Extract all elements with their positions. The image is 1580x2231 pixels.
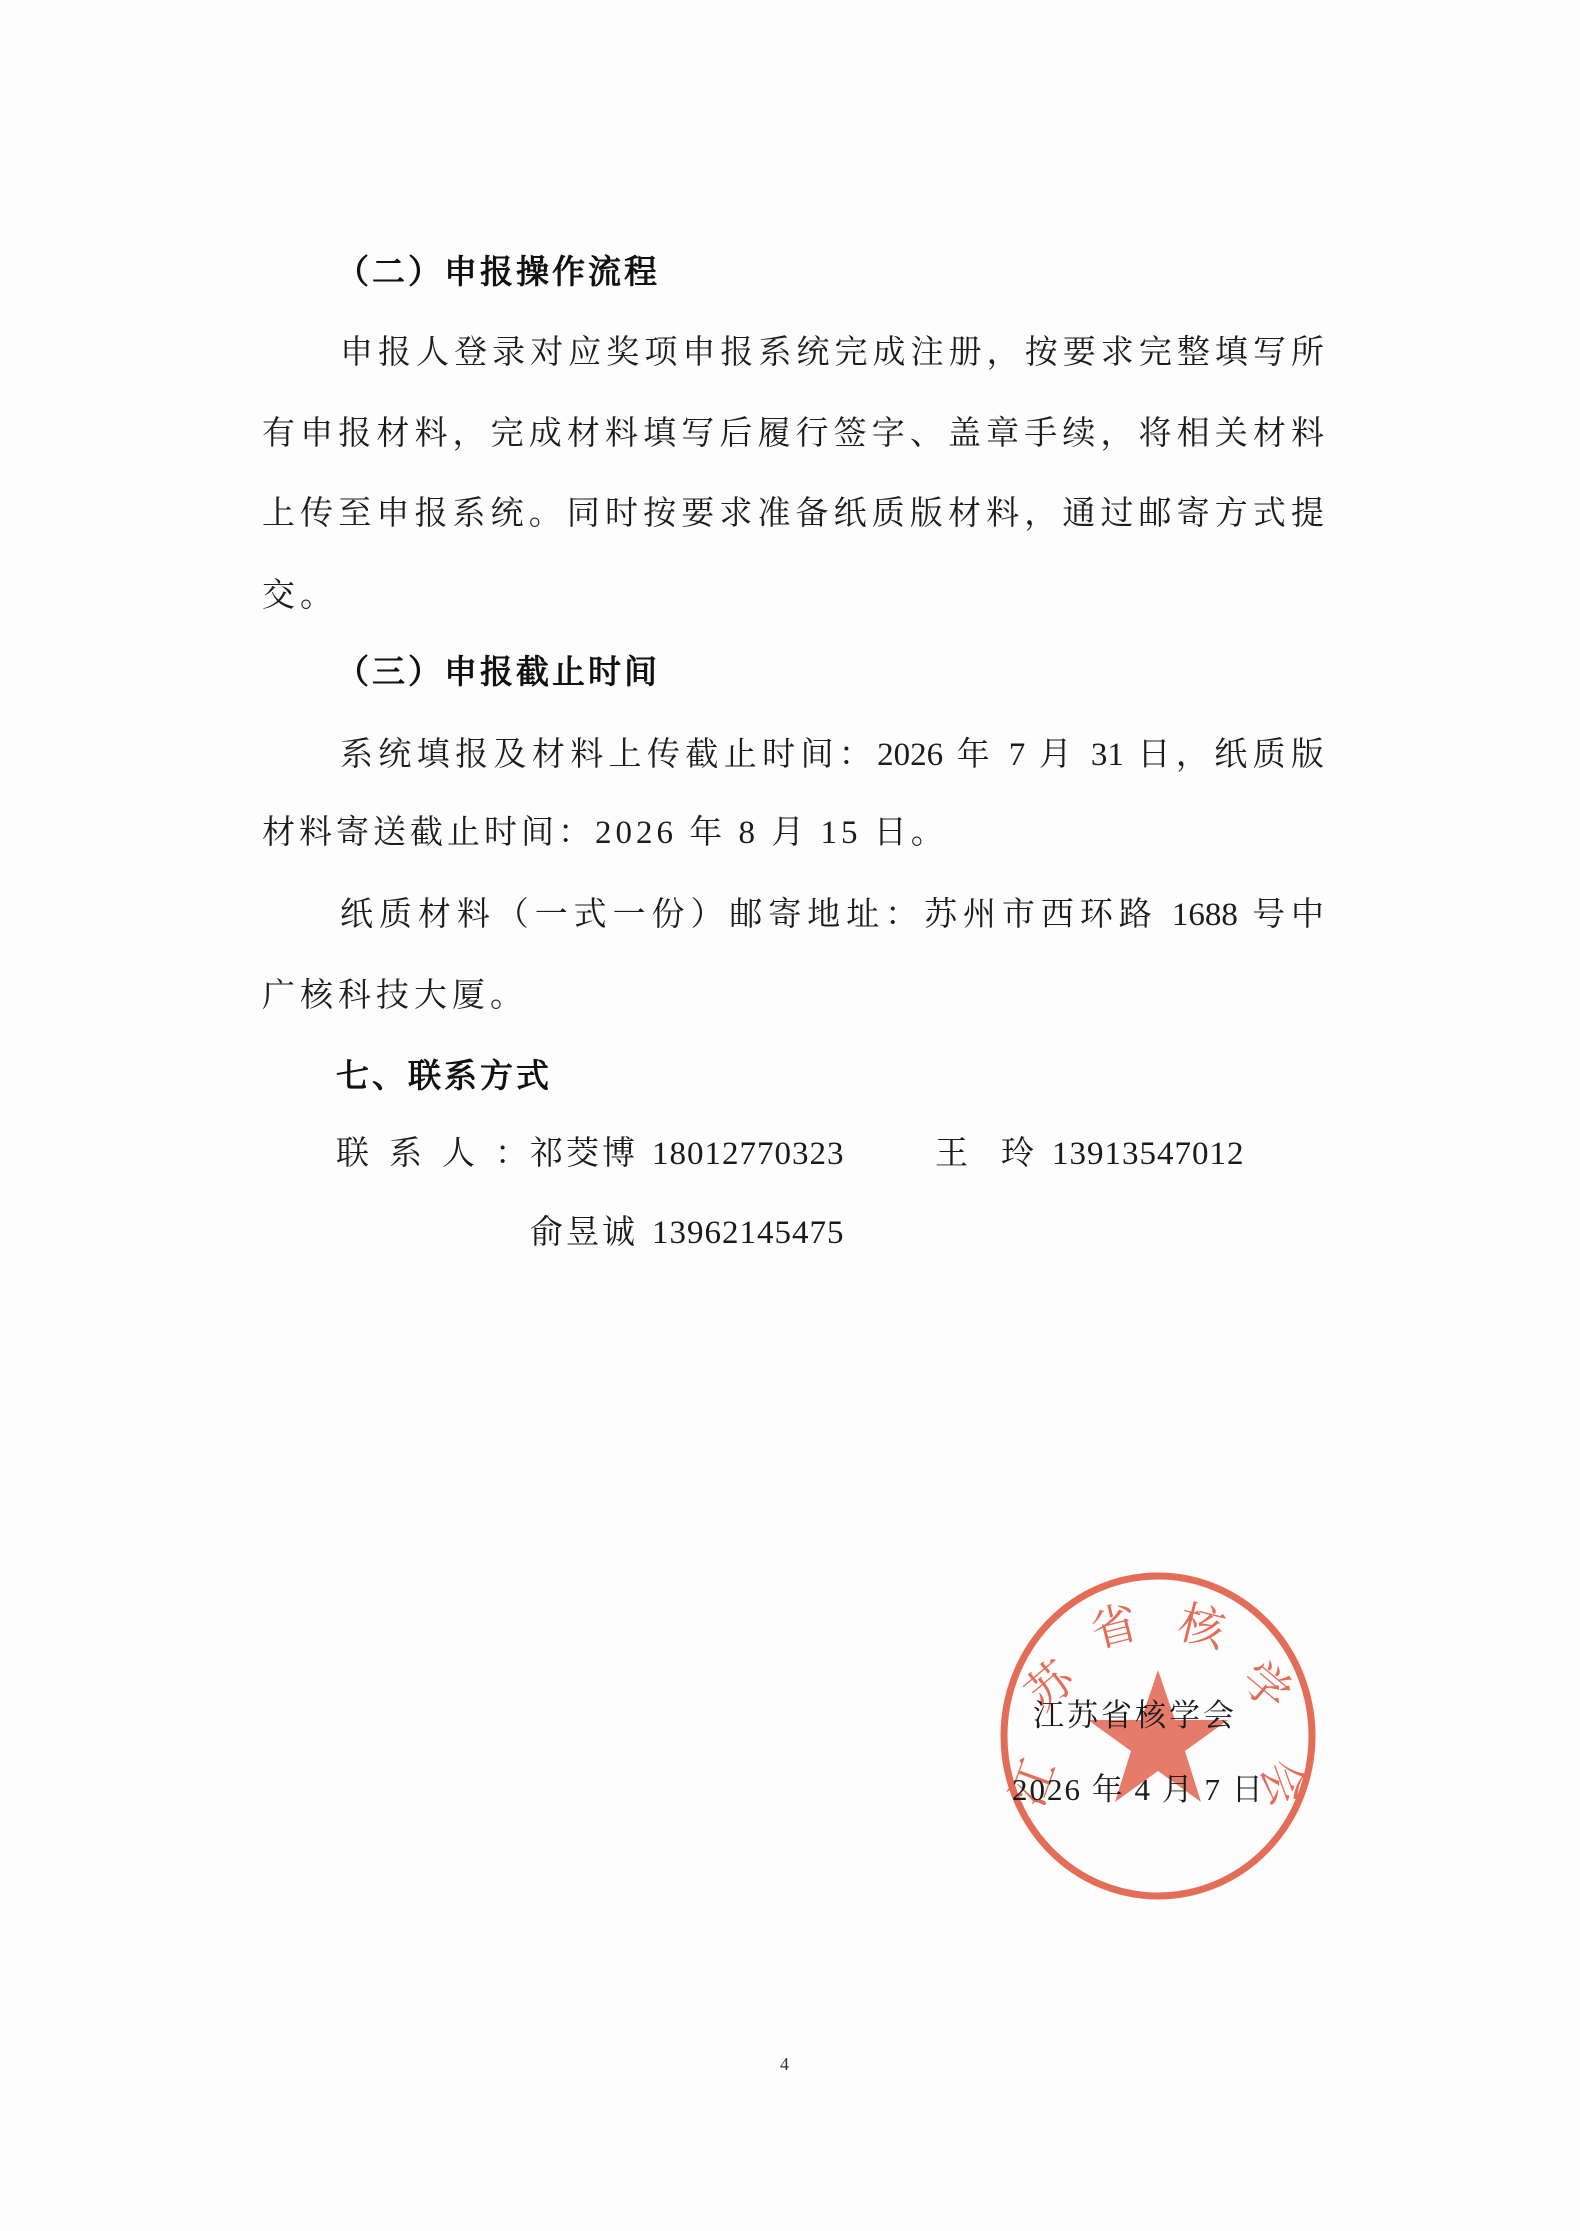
contact-phone: 18012770323 xyxy=(652,1136,845,1172)
paragraph-line: 材料寄送截止时间：2026 年 8 月 15 日。 xyxy=(262,813,948,853)
contact-name: 俞昱诚 xyxy=(530,1212,638,1251)
section-heading-operation-process: （二）申报操作流程 xyxy=(336,252,660,292)
paragraph-line: 系统填报及材料上传截止时间：2026 年 7 月 31 日，纸质版 xyxy=(340,735,1324,775)
contact-label: 联系人： xyxy=(336,1133,548,1173)
paragraph-line: 纸质材料（一式一份）邮寄地址：苏州市西环路 1688 号中 xyxy=(340,895,1324,935)
section-heading-deadline: （三）申报截止时间 xyxy=(336,652,660,692)
seal-char: 省 xyxy=(1085,1595,1143,1659)
contact-name: 王 玲 xyxy=(935,1133,1038,1172)
paragraph-line: 广核科技大厦。 xyxy=(262,975,528,1015)
signature-organization: 江苏省核学会 xyxy=(1033,1696,1237,1736)
official-seal-icon: 江 苏 省 核 学 会 xyxy=(998,1570,1318,1902)
paragraph-line: 上传至申报系统。同时按要求准备纸质版材料，通过邮寄方式提 xyxy=(262,493,1324,533)
contact-entry: 俞昱诚13962145475 xyxy=(530,1212,845,1253)
contact-entry: 王 玲13913547012 xyxy=(935,1133,1244,1174)
document-page: （二）申报操作流程 申报人登录对应奖项申报系统完成注册，按要求完整填写所 有申报… xyxy=(0,0,1580,2231)
section-heading-contact: 七、联系方式 xyxy=(336,1056,552,1096)
paragraph-line: 申报人登录对应奖项申报系统完成注册，按要求完整填写所 xyxy=(340,332,1324,372)
contact-entry: 祁茭博18012770323 xyxy=(530,1133,845,1174)
paragraph-line: 交。 xyxy=(262,575,338,615)
contact-phone: 13913547012 xyxy=(1052,1136,1245,1172)
paragraph-line: 有申报材料，完成材料填写后履行签字、盖章手续，将相关材料 xyxy=(262,413,1324,453)
contact-name: 祁茭博 xyxy=(530,1133,638,1172)
seal-char: 核 xyxy=(1173,1595,1233,1659)
page-number: 4 xyxy=(780,2054,789,2075)
signature-date: 2026 年 4 月 7 日 xyxy=(1012,1770,1265,1810)
contact-phone: 13962145475 xyxy=(652,1215,845,1251)
